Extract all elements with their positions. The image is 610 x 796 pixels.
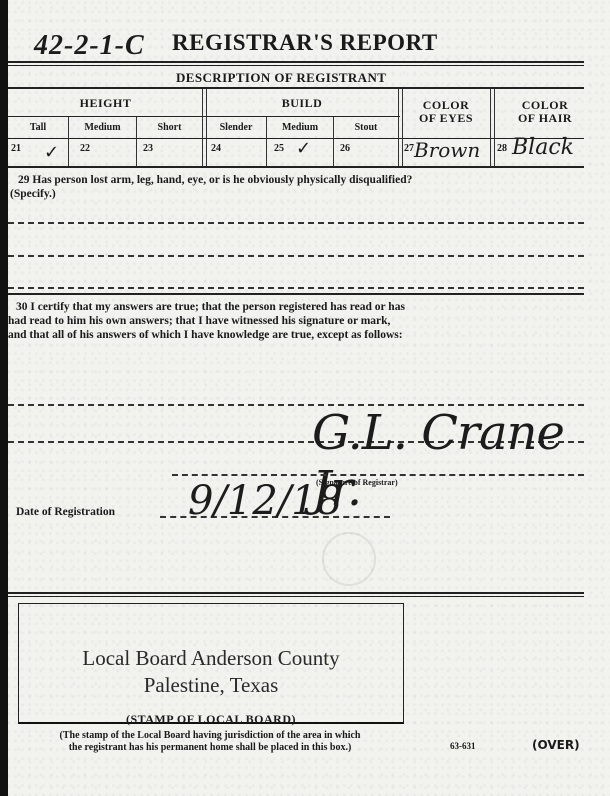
eye-color-value: Brown (414, 138, 480, 162)
stamp-location: Palestine, Texas (19, 673, 403, 698)
faint-seal-mark (322, 532, 376, 586)
header-rule-top (8, 61, 584, 63)
registrar-signature: G.L. Crane Jr. (312, 405, 610, 517)
col-short: Short (137, 122, 202, 133)
field-number-22: 22 (80, 143, 90, 154)
col-height-medium: Medium (69, 122, 136, 133)
height-header: HEIGHT (8, 96, 203, 111)
bottom-section-rule (8, 592, 584, 594)
over-label: (OVER) (532, 738, 580, 752)
field-number-25: 25 (274, 143, 284, 154)
field-number-23: 23 (143, 143, 153, 154)
stamp-board-name: Local Board Anderson County (19, 646, 403, 671)
question-29: 29 Has person lost arm, leg, hand, eye, … (10, 173, 590, 201)
hair-color-value: Black (512, 135, 574, 160)
q29-answer-line-2[interactable] (8, 255, 584, 257)
col-slender: Slender (206, 122, 266, 133)
section-subtitle: DESCRIPTION OF REGISTRANT (176, 70, 386, 86)
q29-answer-line-1[interactable] (8, 222, 584, 224)
signature-line[interactable] (172, 474, 584, 476)
page-title: REGISTRAR'S REPORT (172, 30, 438, 56)
col-stout: Stout (334, 122, 398, 133)
stamp-caption: (STAMP OF LOCAL BOARD) (19, 712, 403, 727)
field-number-26: 26 (340, 143, 350, 154)
registration-date-label: Date of Registration (16, 505, 115, 519)
medium-build-checkmark-icon: ✓ (296, 138, 311, 159)
field-number-21: 21 (11, 143, 21, 154)
field-number-28: 28 (497, 143, 507, 154)
registrars-report-card: 42-2-1-C REGISTRAR'S REPORT DESCRIPTION … (0, 0, 610, 796)
tall-checkmark-icon: ✓ (44, 142, 59, 163)
q29-answer-line-3[interactable] (8, 287, 584, 289)
serial-number: 42-2-1-C (34, 30, 145, 62)
eye-color-header: COLOR OF EYES (402, 99, 490, 125)
field-number-27: 27 (404, 143, 414, 154)
section-rule (8, 293, 584, 295)
header-rule-top-2 (8, 65, 584, 66)
stamp-footnote: (The stamp of the Local Board having jur… (10, 730, 410, 754)
local-board-stamp-box: Local Board Anderson County Palestine, T… (18, 603, 404, 724)
build-header: BUILD (207, 96, 397, 111)
form-code: 63-631 (450, 741, 476, 751)
table-top-rule (8, 87, 584, 89)
hair-color-header: COLOR OF HAIR (495, 99, 595, 125)
question-30: 30 I certify that my answers are true; t… (8, 300, 588, 342)
group-divider (490, 89, 495, 166)
scan-border (0, 0, 8, 796)
col-build-medium: Medium (267, 122, 333, 133)
table-bottom-rule (8, 166, 584, 168)
bottom-section-rule-2 (8, 596, 584, 597)
col-tall: Tall (8, 122, 68, 133)
field-number-24: 24 (211, 143, 221, 154)
registration-date-value: 9/12/18 (188, 478, 342, 524)
group-divider (398, 89, 403, 166)
